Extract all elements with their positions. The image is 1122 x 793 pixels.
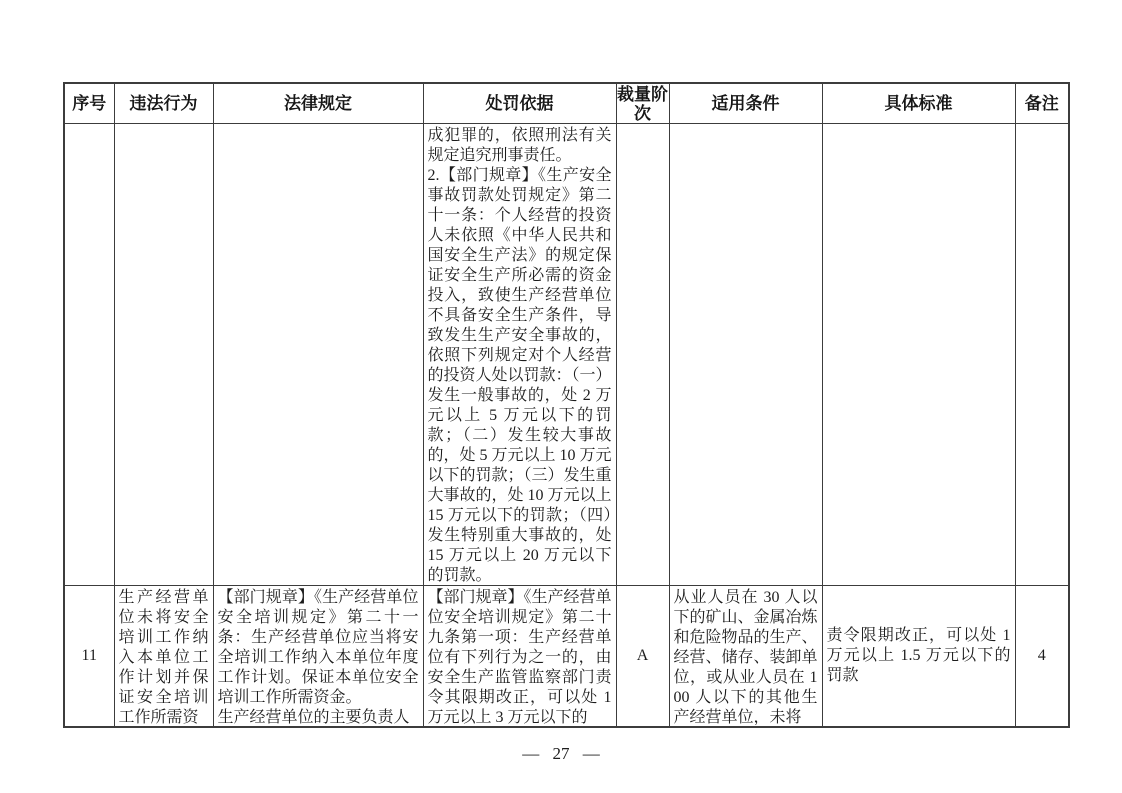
table-row-continuation: 成犯罪的，依照刑法有关规定追究刑事责任。 2.【部门规章】《生产安全事故罚款处罚… [64, 124, 1069, 586]
cell-standard: 责令限期改正，可以处 1 万元以上 1.5 万元以下的罚款 [822, 586, 1015, 727]
cell-conditions-text [674, 126, 818, 584]
cell-penalty-basis-text: 成犯罪的，依照刑法有关规定追究刑事责任。 2.【部门规章】《生产安全事故罚款处罚… [428, 126, 612, 584]
cell-discretion-level [616, 124, 669, 586]
cell-illegal-act-text: 生产经营单位未将安全培训工作纳入本单位工作计划并保证安全培训工作所需资 [119, 588, 209, 725]
header-cell-standard: 具体标准 [822, 83, 1015, 124]
cell-standard-text: 责令限期改正，可以处 1 万元以上 1.5 万元以下的罚款 [827, 626, 1011, 686]
cell-legal-provision-text [218, 126, 419, 584]
cell-illegal-act: 生产经营单位未将安全培训工作纳入本单位工作计划并保证安全培训工作所需资 [114, 586, 213, 727]
cell-seq: 11 [64, 586, 114, 727]
page-number: — 27 — [0, 744, 1122, 764]
header-cell-legal-provision: 法律规定 [213, 83, 423, 124]
table-row-11: 11 生产经营单位未将安全培训工作纳入本单位工作计划并保证安全培训工作所需资 【… [64, 586, 1069, 727]
cell-penalty-basis: 成犯罪的，依照刑法有关规定追究刑事责任。 2.【部门规章】《生产安全事故罚款处罚… [423, 124, 616, 586]
cell-standard-text [827, 126, 1011, 584]
penalty-standards-table: 序号 违法行为 法律规定 处罚依据 裁量阶次 适用条件 具体标准 备注 成犯罪的… [63, 82, 1070, 728]
cell-legal-provision-text: 【部门规章】《生产经营单位安全培训规定》第二十一条：生产经营单位应当将安全培训工… [218, 588, 419, 725]
header-cell-penalty-basis: 处罚依据 [423, 83, 616, 124]
cell-illegal-act-text [119, 126, 209, 584]
cell-standard [822, 124, 1015, 586]
cell-illegal-act [114, 124, 213, 586]
cell-remark: 4 [1015, 586, 1069, 727]
cell-conditions: 从业人员在 30 人以下的矿山、金属冶炼和危险物品的生产、经营、储存、装卸单位，… [669, 586, 822, 727]
document-page: 序号 违法行为 法律规定 处罚依据 裁量阶次 适用条件 具体标准 备注 成犯罪的… [0, 0, 1122, 793]
cell-penalty-basis: 【部门规章】《生产经营单位安全培训规定》第二十九条第一项：生产经营单位有下列行为… [423, 586, 616, 727]
cell-legal-provision [213, 124, 423, 586]
cell-discretion-level: A [616, 586, 669, 727]
cell-remark [1015, 124, 1069, 586]
header-row: 序号 违法行为 法律规定 处罚依据 裁量阶次 适用条件 具体标准 备注 [64, 83, 1069, 124]
cell-penalty-basis-text: 【部门规章】《生产经营单位安全培训规定》第二十九条第一项：生产经营单位有下列行为… [428, 588, 612, 725]
cell-conditions-text: 从业人员在 30 人以下的矿山、金属冶炼和危险物品的生产、经营、储存、装卸单位，… [674, 588, 818, 725]
header-cell-seq: 序号 [64, 83, 114, 124]
cell-legal-provision: 【部门规章】《生产经营单位安全培训规定》第二十一条：生产经营单位应当将安全培训工… [213, 586, 423, 727]
header-cell-illegal-act: 违法行为 [114, 83, 213, 124]
cell-conditions [669, 124, 822, 586]
header-cell-conditions: 适用条件 [669, 83, 822, 124]
cell-seq [64, 124, 114, 586]
header-cell-discretion-level: 裁量阶次 [616, 83, 669, 124]
header-cell-remark: 备注 [1015, 83, 1069, 124]
